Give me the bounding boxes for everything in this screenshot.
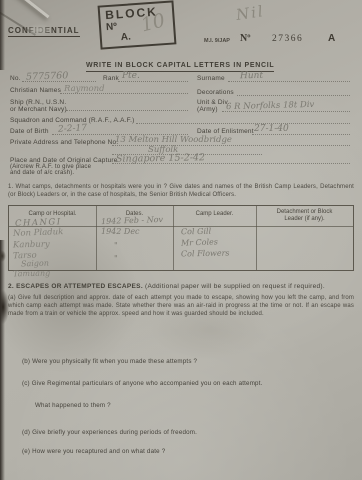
field-decorations-label: Decorations bbox=[197, 89, 234, 96]
nil-scribble: Nil bbox=[235, 2, 266, 24]
field-no-value: 5775760 bbox=[26, 70, 69, 82]
question-2b-text: (b) Were you physically fit when you mad… bbox=[22, 358, 197, 365]
block-number-stamp: BLOCK Nº A. 10 bbox=[98, 0, 177, 49]
field-unit-div-label-2: (Army) bbox=[197, 106, 218, 113]
field-rank-value: Pte. bbox=[122, 71, 140, 81]
leader-entry-1: Col Gill bbox=[181, 227, 211, 237]
serial-no-symbol: Nº bbox=[240, 33, 251, 44]
dates-ditto-2: " bbox=[114, 254, 118, 263]
field-rank-label: Rank bbox=[103, 75, 119, 82]
question-2d-text: (d) Give briefly your experiences during… bbox=[22, 429, 197, 436]
form-title: WRITE IN BLOCK CAPITAL LETTERS IN PENCIL bbox=[86, 62, 274, 72]
question-2-heading: 2. ESCAPES OR ATTEMPTED ESCAPES. (Additi… bbox=[8, 283, 325, 290]
field-capture-label-3: and date of a/c crash). bbox=[10, 170, 74, 176]
question-2a-text: (a) Give full description and approx. da… bbox=[8, 295, 354, 318]
camp-entry-5: Saigon bbox=[21, 259, 49, 269]
field-unit-div-label: Unit & Div. bbox=[197, 99, 229, 106]
camp-entry-6: Tamuang bbox=[13, 269, 50, 279]
scanned-pow-form-page: CONFIDENTIAL BLOCK Nº A. 10 Nil M.I. 9/J… bbox=[0, 0, 362, 480]
field-address-label: Private Address and Telephone No. bbox=[10, 139, 118, 146]
camp-entry-3: Kanbury bbox=[13, 240, 50, 251]
leader-entry-3: Col Flowers bbox=[181, 249, 230, 259]
serial-suffix: A bbox=[328, 33, 335, 44]
question-2-heading-note: (Additional paper will be supplied on re… bbox=[145, 283, 325, 290]
camps-table: Camp or Hospital. Dates. Camp Leader. De… bbox=[8, 205, 354, 271]
dates-entry-1: 1942 Feb - Nov bbox=[101, 215, 163, 226]
dates-ditto-1: " bbox=[114, 241, 118, 250]
scan-edge-shadow-bottom bbox=[0, 240, 5, 480]
dates-entry-2: 1942 Dec bbox=[101, 227, 140, 236]
field-ship-label-2: or Merchant Navy) bbox=[10, 106, 67, 113]
form-reference: M.I. 9/JAP bbox=[204, 38, 230, 44]
table-header-leader: Camp Leader. bbox=[173, 211, 256, 218]
field-capture-value: Singapore 15-2-42 bbox=[116, 152, 205, 165]
field-surname-value: Hunt bbox=[240, 71, 263, 81]
field-ship-label: Ship (R.N., U.S.N. bbox=[10, 99, 66, 106]
field-christian-names-value: Raymond bbox=[64, 84, 105, 94]
ink-smudge-small bbox=[0, 250, 6, 262]
confidential-smudge bbox=[26, 24, 52, 36]
leader-entry-2: Mr Coles bbox=[181, 237, 218, 247]
field-enlistment-value: 27-1-40 bbox=[254, 124, 289, 134]
field-squadron-label: Squadron and Command (R.A.F., A.A.F.) bbox=[10, 117, 134, 124]
table-header-detachment-2: Leader (if any). bbox=[256, 216, 353, 223]
question-2e-text: (e) How were you recaptured and on what … bbox=[22, 448, 165, 455]
field-surname-label: Surname bbox=[197, 75, 225, 82]
question-2c-followup-text: What happened to them ? bbox=[35, 402, 111, 409]
table-header-detachment: Detachment or Block bbox=[256, 209, 353, 216]
field-no-label: No. bbox=[10, 75, 21, 82]
question-2-heading-text: 2. ESCAPES OR ATTEMPTED ESCAPES. bbox=[8, 283, 143, 290]
field-capture-label: Place and Date of Original Capture bbox=[10, 157, 118, 164]
question-2c-text: (c) Give Regimental particulars of anyon… bbox=[22, 380, 263, 387]
scan-edge-shadow-top bbox=[0, 0, 5, 70]
field-enlistment-label: Date of Enlistment bbox=[197, 128, 254, 135]
camp-entry-2: Non Pladuk bbox=[13, 227, 64, 239]
field-christian-names-label: Christian Names bbox=[10, 87, 61, 94]
serial-number: 27366 bbox=[272, 34, 303, 44]
field-dob-value: 2-2-17 bbox=[58, 123, 87, 135]
question-1-text: 1. What camps, detachments or hospitals … bbox=[8, 184, 354, 200]
field-dob-label: Date of Birth bbox=[10, 128, 49, 135]
field-address-value: 13 Melton Hill Woodbridge bbox=[115, 135, 232, 145]
